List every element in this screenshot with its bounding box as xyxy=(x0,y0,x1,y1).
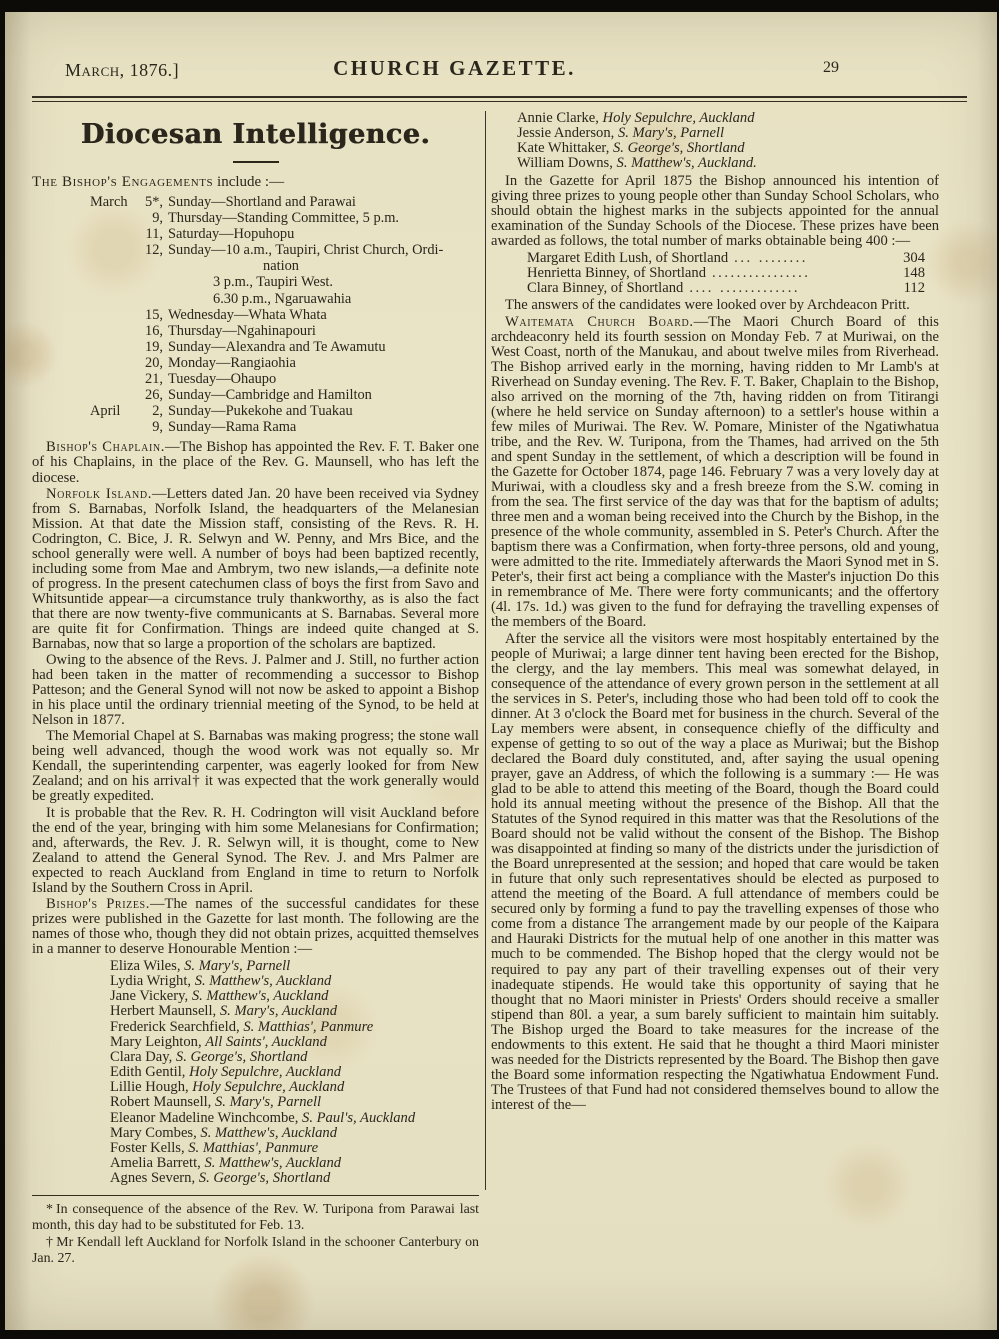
footnote-marker: † xyxy=(46,1235,53,1250)
engagement-description: Sunday—Cambridge and Hamilton xyxy=(168,387,372,403)
candidate-name: Clara Binney, of Shortland xyxy=(527,281,683,296)
answers-paragraph: The answers of the candidates were looke… xyxy=(491,298,939,313)
honour-row: Amelia Barrett, S. Matthew's, Auckland xyxy=(110,1156,479,1171)
parish-name: S. Matthias', Panmure xyxy=(243,1019,373,1035)
engagement-row: 9, Sunday—Rama Rama xyxy=(90,419,479,435)
engagement-row: 21, Tuesday—Ohaupo xyxy=(90,371,479,387)
parish-name: S. Matthew's, Auckland xyxy=(204,1155,341,1171)
parish-name: S. Mary's, Parnell xyxy=(184,958,290,974)
marks-row: Margaret Edith Lush, of Shortland ... ..… xyxy=(527,251,925,266)
column-divider xyxy=(485,111,486,1190)
engagement-row: 26, Sunday—Cambridge and Hamilton xyxy=(90,387,479,403)
engagement-day: 21, xyxy=(136,371,163,387)
article-text: —The Maori Church Board of this archdeac… xyxy=(491,314,939,631)
engagement-row: 11, Saturday—Hopuhopu xyxy=(90,226,479,242)
article-text: —Letters dated Jan. 20 have been receive… xyxy=(32,486,479,652)
honour-row: Clara Day, S. George's, Shortland xyxy=(110,1050,479,1065)
parish-name: S. Paul's, Auckland xyxy=(302,1110,415,1126)
honourable-mention-list: Eliza Wiles, S. Mary's, Parnell Lydia Wr… xyxy=(110,959,479,1186)
article-text: The Memorial Chapel at S. Barnabas was m… xyxy=(32,728,479,804)
engagement-row: 20, Monday—Rangiaohia xyxy=(90,355,479,371)
engagement-day: 2, xyxy=(136,403,163,419)
article-text: Owing to the absence of the Revs. J. Pal… xyxy=(32,652,479,728)
two-column-layout: Diocesan Intelligence. The Bishop's Enga… xyxy=(32,109,967,1266)
left-articles: Bishop's Chaplain.—The Bishop has appoin… xyxy=(32,440,479,957)
marks-row: Henrietta Binney, of Shortland .........… xyxy=(527,266,925,281)
engagement-month xyxy=(90,355,136,371)
engagement-month xyxy=(90,323,136,339)
parish-name: S. Matthew's, Auckland xyxy=(195,973,332,989)
dot-leader: ................ xyxy=(712,266,887,281)
honour-row: Jessie Anderson, S. Mary's, Parnell xyxy=(517,126,939,141)
candidate-name: Henrietta Binney, of Shortland xyxy=(527,266,706,281)
parish-name: Holy Sepulchre, Auckland xyxy=(189,1064,341,1080)
person-name: Edith Gentil, xyxy=(110,1064,185,1080)
engagement-month xyxy=(90,226,136,242)
engagement-description: Sunday—Rama Rama xyxy=(168,419,296,435)
honour-row: Annie Clarke, Holy Sepulchre, Auckland xyxy=(517,111,939,126)
engagement-description: Thursday—Standing Committee, 5 p.m. xyxy=(168,210,399,226)
marks-value: 148 xyxy=(893,266,925,281)
marks-row: Clara Binney, of Shortland .... ........… xyxy=(527,281,925,296)
person-name: Kate Whittaker, xyxy=(517,140,609,156)
engagement-description: nation xyxy=(263,258,299,274)
marks-value: 304 xyxy=(893,251,925,266)
honour-row: Lillie Hough, Holy Sepulchre, Auckland xyxy=(110,1080,479,1095)
after-service-paragraph: After the service all the visitors were … xyxy=(491,632,939,1114)
marks-value: 112 xyxy=(893,281,925,296)
honour-row: Eliza Wiles, S. Mary's, Parnell xyxy=(110,959,479,974)
engagement-description: Sunday—Pukekohe and Tuakau xyxy=(168,403,353,419)
engagement-month xyxy=(90,274,136,290)
footnote-rule xyxy=(32,1195,479,1196)
engagement-description: Tuesday—Ohaupo xyxy=(168,371,276,387)
honour-row: Edith Gentil, Holy Sepulchre, Auckland xyxy=(110,1065,479,1080)
engagement-month xyxy=(90,419,136,435)
honour-row: Kate Whittaker, S. George's, Shortland xyxy=(517,141,939,156)
page-number: 29 xyxy=(823,59,839,77)
engagement-day: 26, xyxy=(136,387,163,403)
person-name: Clara Day, xyxy=(110,1049,172,1065)
engagement-day: 19, xyxy=(136,339,163,355)
article-paragraph: Bishop's Prizes.—The names of the succes… xyxy=(32,897,479,957)
engagement-description: Thursday—Ngahinapouri xyxy=(168,323,316,339)
engagement-row: 16, Thursday—Ngahinapouri xyxy=(90,323,479,339)
parish-name: S. Mary's, Parnell xyxy=(215,1094,321,1110)
engagement-day: 9, xyxy=(136,210,163,226)
engagement-month xyxy=(90,387,136,403)
engagement-description: Sunday—Shortland and Parawai xyxy=(168,194,356,210)
footnote-text: In consequence of the absence of the Rev… xyxy=(32,1202,479,1232)
article-paragraph: The Memorial Chapel at S. Barnabas was m… xyxy=(32,729,479,804)
engagement-row: April 2, Sunday—Pukekohe and Tuakau xyxy=(90,403,479,419)
engagement-day: 15, xyxy=(136,307,163,323)
engagement-month xyxy=(90,242,136,258)
footnote-marker: * xyxy=(46,1202,53,1217)
engagement-row: 3 p.m., Taupiri West. xyxy=(90,274,479,290)
person-name: Agnes Severn, xyxy=(110,1170,195,1186)
engagement-month xyxy=(90,339,136,355)
engagement-description: Sunday—Alexandra and Te Awamutu xyxy=(168,339,386,355)
person-name: Jane Vickery, xyxy=(110,988,188,1004)
person-name: Robert Maunsell, xyxy=(110,1094,211,1110)
engagement-day: 11, xyxy=(136,226,163,242)
engagement-row: March 5*, Sunday—Shortland and Parawai xyxy=(90,194,479,210)
publication-title: CHURCH GAZETTE. xyxy=(32,56,877,81)
parish-name: S. Matthew's, Auckland xyxy=(192,988,329,1004)
masthead-rule xyxy=(32,96,967,102)
parish-name: All Saints', Auckland xyxy=(205,1034,327,1050)
parish-name: S. Matthias', Panmure xyxy=(188,1140,318,1156)
person-name: Annie Clarke, xyxy=(517,110,599,126)
honour-row: Robert Maunsell, S. Mary's, Parnell xyxy=(110,1095,479,1110)
masthead: March, 1876.] CHURCH GAZETTE. 29 xyxy=(32,56,967,84)
parish-name: S. George's, Shortland xyxy=(176,1049,308,1065)
person-name: Amelia Barrett, xyxy=(110,1155,201,1171)
engagement-description: Sunday—10 a.m., Taupiri, Christ Church, … xyxy=(168,242,443,258)
engagement-day: 5*, xyxy=(136,194,163,210)
article-lead: Waitemata Church Board. xyxy=(505,314,694,330)
article-lead: Norfolk Island. xyxy=(46,486,152,502)
engagement-description: Monday—Rangiaohia xyxy=(168,355,296,371)
engagement-month xyxy=(90,371,136,387)
person-name: Herbert Maunsell, xyxy=(110,1003,216,1019)
church-board-paragraph: Waitemata Church Board.—The Maori Church… xyxy=(491,315,939,631)
parish-name: S. Matthew's, Auckland xyxy=(200,1125,337,1141)
engagement-month xyxy=(90,210,136,226)
engagement-row: nation xyxy=(90,258,479,274)
parish-name: S. Matthew's, Auckland. xyxy=(617,155,757,171)
parish-name: Holy Sepulchre, Auckland xyxy=(603,110,755,126)
right-column: Annie Clarke, Holy Sepulchre, Auckland J… xyxy=(491,109,939,1266)
engagement-description: Wednesday—Whata Whata xyxy=(168,307,327,323)
honour-row: Lydia Wright, S. Matthew's, Auckland xyxy=(110,974,479,989)
article-paragraph: Owing to the absence of the Revs. J. Pal… xyxy=(32,653,479,728)
engagement-month: April xyxy=(90,403,136,419)
honour-row: William Downs, S. Matthew's, Auckland. xyxy=(517,156,939,171)
article-paragraph: Bishop's Chaplain.—The Bishop has appoin… xyxy=(32,440,479,485)
engagements-intro: The Bishop's Engagements include :— xyxy=(32,174,479,191)
article-lead: Bishop's Chaplain. xyxy=(46,439,165,455)
engagement-row: 6.30 p.m., Ngaruawahia xyxy=(90,291,479,307)
honourable-mention-continued: Annie Clarke, Holy Sepulchre, Auckland J… xyxy=(517,111,939,172)
engagement-row: 9, Thursday—Standing Committee, 5 p.m. xyxy=(90,210,479,226)
engagement-day: 9, xyxy=(136,419,163,435)
engagement-description: Saturday—Hopuhopu xyxy=(168,226,294,242)
engagement-day xyxy=(136,274,163,290)
engagement-month xyxy=(90,307,136,323)
engagement-description: 6.30 p.m., Ngaruawahia xyxy=(213,291,351,307)
engagement-day: 16, xyxy=(136,323,163,339)
person-name: Foster Kells, xyxy=(110,1140,185,1156)
parish-name: S. George's, Shortland xyxy=(613,140,745,156)
person-name: Jessie Anderson, xyxy=(517,125,614,141)
article-text: It is probable that the Rev. R. H. Codri… xyxy=(32,805,479,896)
person-name: Eliza Wiles, xyxy=(110,958,180,974)
footnote-text: Mr Kendall left Auckland for Norfolk Isl… xyxy=(32,1235,479,1265)
article-lead: Bishop's Prizes. xyxy=(46,896,150,912)
person-name: William Downs, xyxy=(517,155,613,171)
engagement-row: 19, Sunday—Alexandra and Te Awamutu xyxy=(90,339,479,355)
engagement-month xyxy=(90,258,136,274)
honour-row: Mary Leighton, All Saints', Auckland xyxy=(110,1035,479,1050)
engagement-row: 12, Sunday—10 a.m., Taupiri, Christ Chur… xyxy=(90,242,479,258)
engagement-day xyxy=(136,291,163,307)
parish-name: S. George's, Shortland xyxy=(199,1170,331,1186)
engagement-day: 12, xyxy=(136,242,163,258)
engagement-day: 20, xyxy=(136,355,163,371)
dot-leader: ... ........ xyxy=(734,251,887,266)
footnote: †Mr Kendall left Auckland for Norfolk Is… xyxy=(32,1235,479,1266)
prize-marks-table: Margaret Edith Lush, of Shortland ... ..… xyxy=(527,251,925,297)
engagements-schedule: March 5*, Sunday—Shortland and Parawai 9… xyxy=(90,194,479,435)
engagement-row: 15, Wednesday—Whata Whata xyxy=(90,307,479,323)
honour-row: Foster Kells, S. Matthias', Panmure xyxy=(110,1141,479,1156)
candidate-name: Margaret Edith Lush, of Shortland xyxy=(527,251,728,266)
person-name: Lillie Hough, xyxy=(110,1079,189,1095)
honour-row: Eleanor Madeline Winchcombe, S. Paul's, … xyxy=(110,1111,479,1126)
footnote: *In consequence of the absence of the Re… xyxy=(32,1202,479,1233)
engagement-month xyxy=(90,291,136,307)
left-column: Diocesan Intelligence. The Bishop's Enga… xyxy=(32,109,479,1266)
engagement-day xyxy=(136,258,163,274)
person-name: Mary Combes, xyxy=(110,1125,197,1141)
person-name: Mary Leighton, xyxy=(110,1034,202,1050)
prizes-intro-paragraph: In the Gazette for April 1875 the Bishop… xyxy=(491,174,939,249)
article-paragraph: It is probable that the Rev. R. H. Codri… xyxy=(32,806,479,896)
article-paragraph: Norfolk Island.—Letters dated Jan. 20 ha… xyxy=(32,487,479,653)
footnotes: *In consequence of the absence of the Re… xyxy=(32,1202,479,1266)
honour-row: Agnes Severn, S. George's, Shortland xyxy=(110,1171,479,1186)
engagement-month: March xyxy=(90,194,136,210)
parish-name: Holy Sepulchre, Auckland xyxy=(192,1079,344,1095)
parish-name: S. Mary's, Auckland xyxy=(220,1003,337,1019)
dot-leader: .... ............. xyxy=(689,281,887,296)
honour-row: Herbert Maunsell, S. Mary's, Auckland xyxy=(110,1004,479,1019)
person-name: Eleanor Madeline Winchcombe, xyxy=(110,1110,298,1126)
honour-row: Jane Vickery, S. Matthew's, Auckland xyxy=(110,989,479,1004)
section-title: Diocesan Intelligence. xyxy=(32,119,479,150)
person-name: Frederick Searchfield, xyxy=(110,1019,240,1035)
person-name: Lydia Wright, xyxy=(110,973,191,989)
honour-row: Mary Combes, S. Matthew's, Auckland xyxy=(110,1126,479,1141)
scanned-newspaper-page: March, 1876.] CHURCH GAZETTE. 29 Diocesa… xyxy=(5,12,997,1330)
title-divider xyxy=(233,161,279,163)
parish-name: S. Mary's, Parnell xyxy=(618,125,724,141)
engagement-description: 3 p.m., Taupiri West. xyxy=(213,274,333,290)
honour-row: Frederick Searchfield, S. Matthias', Pan… xyxy=(110,1020,479,1035)
